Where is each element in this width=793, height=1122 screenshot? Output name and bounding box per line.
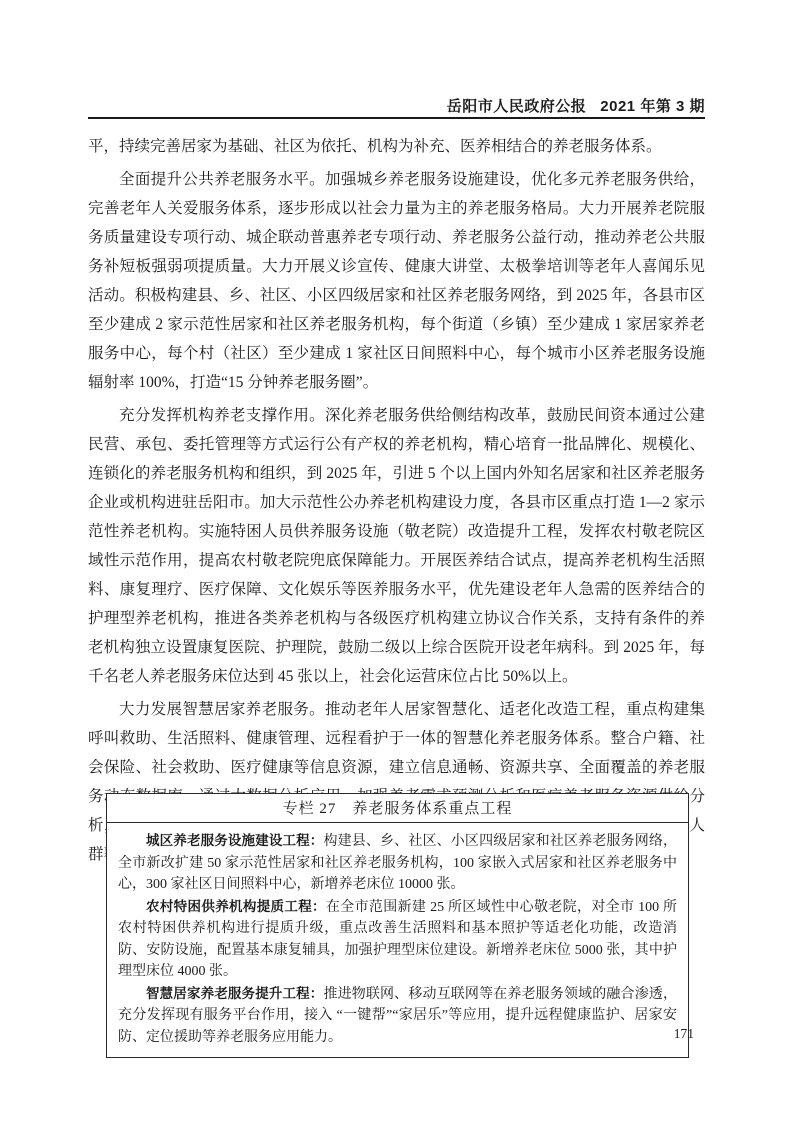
box-item: 农村特困供养机构提质工程：在全市范围新建 25 所区域性中心敬老院，对全市 10… [118,896,677,983]
box-item-lead: 城区养老服务设施建设工程： [146,833,323,848]
page-number: 171 [674,1026,694,1042]
column-27-box: 专栏 27 养老服务体系重点工程 城区养老服务设施建设工程：构建县、乡、社区、小… [106,793,689,1058]
gazette-title: 岳阳市人民政府公报 [447,98,587,115]
issue-label: 2021 年第 3 期 [600,98,705,115]
body-paragraph: 全面提升公共养老服务水平。加强城乡养老服务设施建设，优化多元养老服务供给，完善老… [88,165,705,397]
box-item-lead: 农村特困供养机构提质工程： [146,899,326,914]
body-paragraph: 平，持续完善居家为基础、社区为依托、机构为补充、医养相结合的养老服务体系。 [88,132,705,161]
header-divider [88,117,705,119]
main-text: 平，持续完善居家为基础、社区为依托、机构为补充、医养相结合的养老服务体系。 全面… [88,132,705,869]
body-paragraph: 充分发挥机构养老支撑作用。深化养老服务供给侧结构改革，鼓励民间资本通过公建民营、… [88,401,705,691]
column-box-title: 专栏 27 养老服务体系重点工程 [107,794,688,823]
box-item: 城区养老服务设施建设工程：构建县、乡、社区、小区四级居家和社区养老服务网络，全市… [118,830,677,896]
document-page: 岳阳市人民政府公报2021 年第 3 期 平，持续完善居家为基础、社区为依托、机… [0,0,793,1122]
running-head: 岳阳市人民政府公报2021 年第 3 期 [88,95,705,116]
column-box-body: 城区养老服务设施建设工程：构建县、乡、社区、小区四级居家和社区养老服务网络，全市… [107,823,688,1057]
box-item: 智慧居家养老服务提升工程：推进物联网、移动互联网等在养老服务领域的融合渗透，充分… [118,983,677,1049]
box-item-lead: 智慧居家养老服务提升工程： [146,986,323,1001]
